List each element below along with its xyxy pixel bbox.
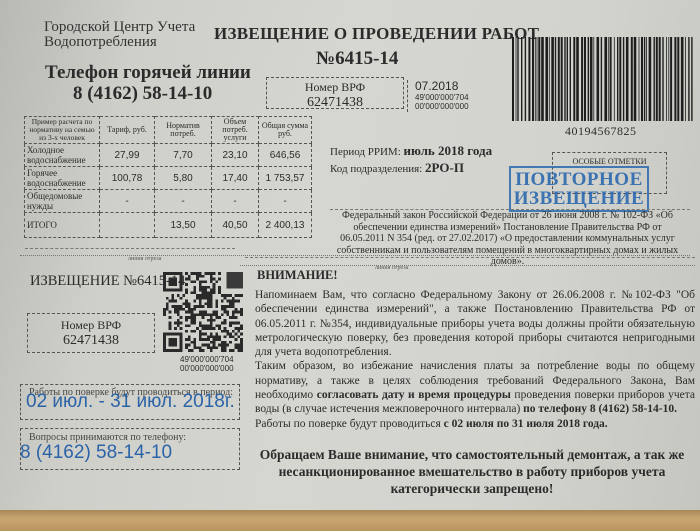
table-cell-label: Общедомовые нужды: [25, 190, 100, 213]
table-cell-norm: 13,50: [155, 213, 212, 238]
billing-code-2: 00'000'000'000: [415, 102, 469, 111]
document-title: ИЗВЕЩЕНИЕ О ПРОВЕДЕНИИ РАБОТ: [214, 24, 539, 44]
stamp-line-2: ИЗВЕЩЕНИЕ: [511, 189, 647, 208]
table-header-row: Пример расчета по нормативу на семью из …: [25, 117, 312, 144]
subdivision-label: Код подразделения:: [330, 163, 422, 175]
hotline-phone: 8 (4162) 58-14-10: [73, 83, 212, 105]
cut-line: [240, 265, 695, 266]
vrf-label: Номер ВРФ: [267, 80, 403, 95]
table-cell-label: Горячее водоснабжение: [25, 167, 100, 190]
stub-phone-stamp: 8 (4162) 58-14-10: [20, 442, 172, 464]
table-row: Общедомовые нужды----: [25, 190, 312, 213]
table-cell-volume: 23,10: [212, 144, 259, 167]
stub-vrf-box: Номер ВРФ 62471438: [27, 313, 155, 353]
organization-name: Городской Центр Учета Водопотребления: [44, 20, 195, 50]
body-paragraph-2: Таким образом, во избежание начисления п…: [255, 359, 695, 416]
table-cell-tariff: 27,99: [100, 144, 155, 167]
tariff-table: Пример расчета по нормативу на семью из …: [24, 116, 312, 238]
table-row: ИТОГО13,5040,502 400,13: [25, 213, 312, 238]
table-cell-sum: -: [259, 190, 312, 213]
hotline-title: Телефон горячей линии: [45, 62, 251, 84]
vrf-label: Номер ВРФ: [28, 318, 154, 333]
organization-line-2: Водопотребления: [44, 35, 195, 50]
period: Период РРИМ: июль 2018 года: [330, 143, 492, 159]
stamp-line-1: ПОВТОРНОЕ: [511, 170, 647, 189]
text-bold: с 02 июля по 31 июля 2018 года.: [444, 418, 608, 430]
subdivision-value: 2РО-П: [425, 160, 464, 175]
table-row: Холодное водоснабжение27,997,7023,10646,…: [25, 144, 312, 167]
table-cell-tariff: 100,78: [100, 167, 155, 190]
divider: [407, 80, 408, 112]
header-cell: Пример расчета по нормативу на семью из …: [25, 117, 100, 144]
billing-code-1: 49'000'000'704: [415, 93, 469, 102]
table-cell-sum: 1 753,57: [259, 167, 312, 190]
repeat-notice-stamp: ПОВТОРНОЕ ИЗВЕЩЕНИЕ: [509, 166, 649, 212]
vrf-box: Номер ВРФ 62471438: [266, 77, 404, 109]
attention-heading: ВНИМАНИЕ!: [257, 268, 338, 283]
table-cell-tariff: -: [100, 190, 155, 213]
table-row: Горячее водоснабжение100,785,8017,401 75…: [25, 167, 312, 190]
notice-body: Напоминаем Вам, что согласно Федеральном…: [255, 288, 695, 431]
body-paragraph-3: Работы по поверке будут проводиться с 02…: [255, 417, 695, 431]
qr-code: [163, 272, 243, 352]
period-value: июль 2018 года: [404, 143, 493, 158]
table-cell-volume: 17,40: [212, 167, 259, 190]
table-cell-norm: -: [155, 190, 212, 213]
text-bold: по телефону 8 (4162) 58-14-10.: [523, 403, 677, 415]
organization-line-1: Городской Центр Учета: [44, 20, 195, 35]
cut-line-label: линия отреза: [375, 265, 408, 271]
billing-code-1: 49'000'000'704: [180, 355, 234, 364]
cut-line-label: линия отреза: [128, 256, 161, 262]
dashed-line: [245, 257, 695, 258]
table-cell-volume: -: [212, 190, 259, 213]
period-label: Период РРИМ:: [330, 146, 401, 158]
vrf-value: 62471438: [28, 333, 154, 349]
header-cell: Норматив потреб.: [155, 117, 212, 144]
header-cell: Тариф, руб.: [100, 117, 155, 144]
dashed-line: [25, 248, 235, 249]
document-number: №6415-14: [316, 48, 398, 70]
stub-period-stamp: 02 июл. - 31 июл. 2018г.: [26, 391, 235, 413]
table-cell-sum: 2 400,13: [259, 213, 312, 238]
warning-text: Обращаем Ваше внимание, что самостоятель…: [252, 446, 692, 497]
table-cell-norm: 5,80: [155, 167, 212, 190]
table-cell-tariff: [100, 213, 155, 238]
table-cell-norm: 7,70: [155, 144, 212, 167]
vrf-value: 62471438: [267, 95, 403, 111]
header-cell: Общая сумма руб.: [259, 117, 312, 144]
billing-code-2: 00'000'000'000: [180, 364, 234, 373]
table-cell-label: ИТОГО: [25, 213, 100, 238]
body-paragraph-1: Напоминаем Вам, что согласно Федеральном…: [255, 288, 695, 359]
barcode: [510, 37, 697, 121]
text: Работы по поверке будут проводиться: [255, 418, 444, 430]
billing-info: 07.2018 49'000'000'704 00'000'000'000: [415, 79, 469, 111]
table-cell-volume: 40,50: [212, 213, 259, 238]
billing-date: 07.2018: [415, 79, 469, 93]
special-marks-label: ОСОБЫЕ ОТМЕТКИ: [553, 157, 666, 166]
law-reference: Федеральный закон Российской Федерации о…: [330, 210, 685, 268]
cut-line: [20, 255, 690, 256]
stub-billing-codes: 49'000'000'704 00'000'000'000: [180, 355, 234, 373]
table-cell-sum: 646,56: [259, 144, 312, 167]
barcode-number: 40194567825: [565, 124, 637, 139]
header-cell: Объем потреб. услуги: [212, 117, 259, 144]
subdivision: Код подразделения: 2РО-П: [330, 160, 464, 176]
text-bold: согласовать дату и время процедуры: [317, 389, 511, 401]
table-cell-label: Холодное водоснабжение: [25, 144, 100, 167]
wooden-surface: [0, 510, 700, 531]
